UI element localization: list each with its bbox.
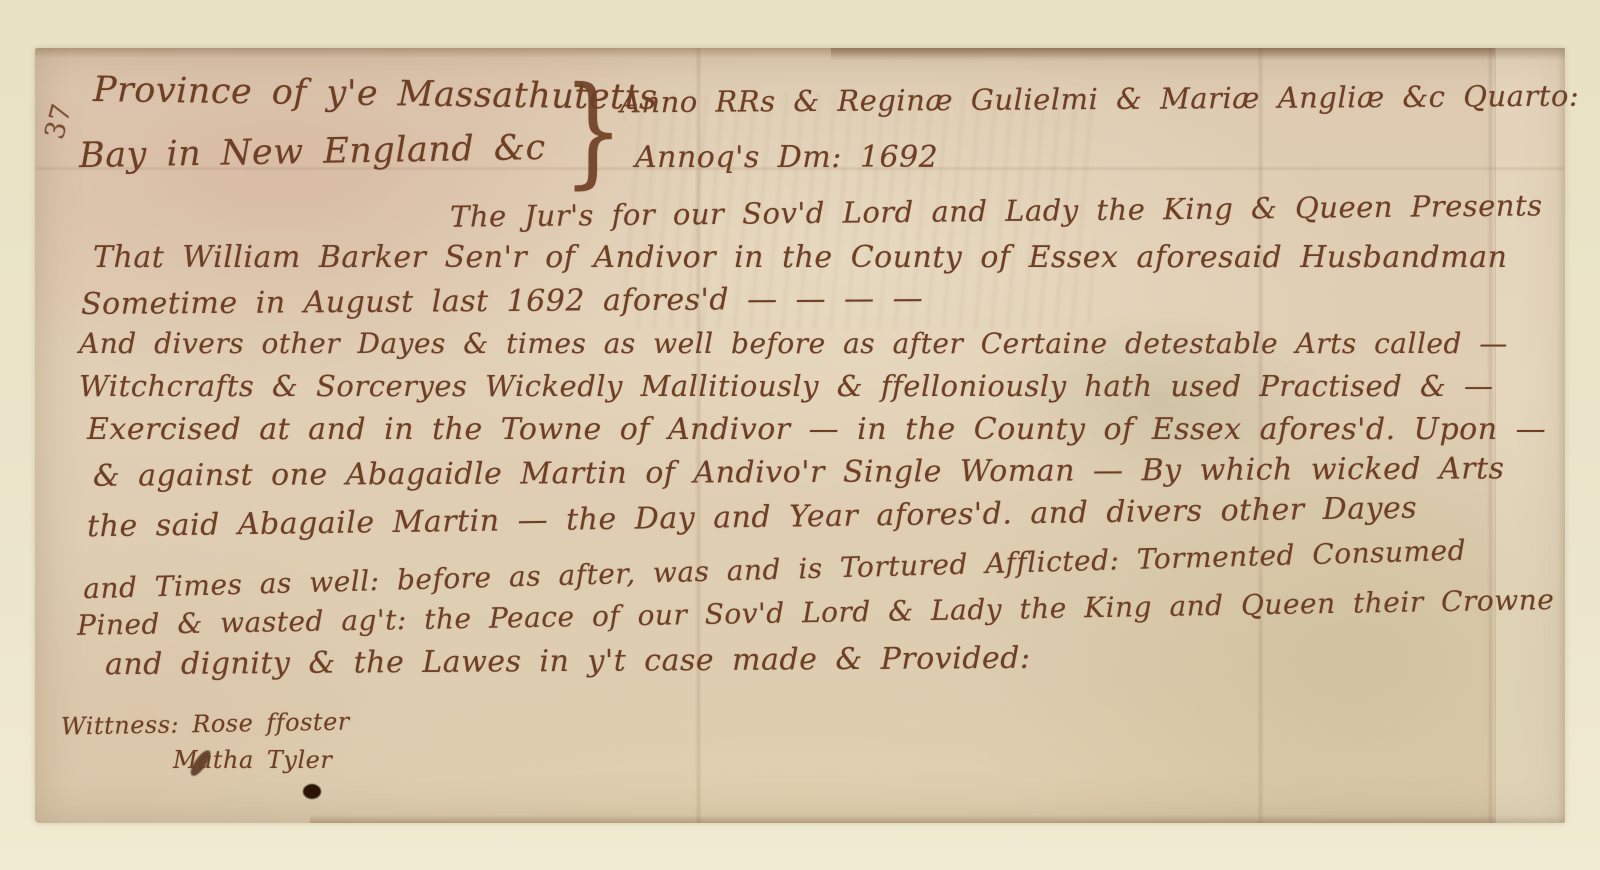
page-background: 37 Province of y'e Massathutetts Bay in … bbox=[0, 0, 1600, 870]
ink-blot-2 bbox=[303, 784, 321, 799]
anno-domini-line: Annoq's Dm: 1692 bbox=[635, 140, 938, 175]
witness-name-2: Matha Tyler bbox=[173, 746, 332, 774]
top-edge-shadow bbox=[35, 48, 1565, 58]
province-line-2: Bay in New England &c bbox=[79, 128, 546, 176]
witness-label: Wittness: bbox=[61, 710, 180, 740]
bottom-edge-shadow bbox=[310, 815, 1565, 823]
header-brace: } bbox=[563, 62, 624, 201]
body-line-4: Witchcrafts & Sorceryes Wickedly Malliti… bbox=[79, 369, 1494, 403]
body-line-7: the said Abagaile Martin — the Day and Y… bbox=[87, 491, 1418, 545]
top-right-edge-shadow bbox=[831, 48, 1565, 61]
body-line-2: Sometime in August last 1692 afores'd — … bbox=[81, 281, 923, 322]
body-line-1: That William Barker Sen'r of Andivor in … bbox=[93, 240, 1507, 275]
witness-line-1: Wittness: Rose ffoster bbox=[61, 707, 350, 740]
body-line-10: and dignity & the Lawes in y't case made… bbox=[105, 641, 1031, 682]
body-line-6: & against one Abagaidle Martin of Andivo… bbox=[93, 451, 1505, 493]
parchment-document: 37 Province of y'e Massathutetts Bay in … bbox=[35, 48, 1565, 823]
body-line-5: Exercised at and in the Towne of Andivor… bbox=[87, 412, 1546, 447]
witness-name-1: Rose ffoster bbox=[192, 707, 350, 738]
archival-number: 37 bbox=[39, 100, 78, 142]
body-line-3: And divers other Dayes & times as well b… bbox=[79, 327, 1508, 360]
anno-regni-line: Anno RRs & Reginæ Gulielmi & Mariæ Angli… bbox=[620, 79, 1579, 120]
